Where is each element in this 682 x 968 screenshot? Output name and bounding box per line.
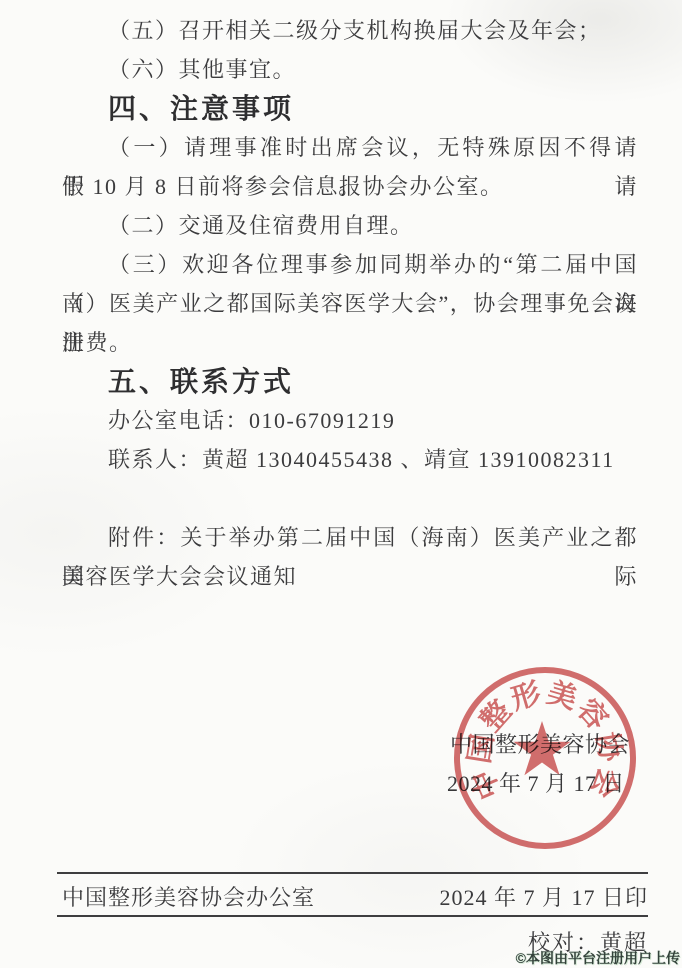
body-line: （六）其他事宜。 (62, 50, 638, 89)
document-page: （五）召开相关二级分支机构换届大会及年会； （六）其他事宜。 四、注意事项 （一… (0, 0, 682, 968)
body-line: （二）交通及住宿费用自理。 (62, 206, 638, 245)
document-body: （五）召开相关二级分支机构换届大会及年会； （六）其他事宜。 四、注意事项 （一… (62, 11, 638, 596)
signature-date: 2024 年 7 月 17 日 (447, 767, 625, 798)
signature-org: 中国整形美容协会 (450, 728, 630, 759)
contact-phone-line: 办公室电话：010-67091219 (62, 401, 638, 440)
attachment-line: 附件：关于举办第二届中国（海南）医美产业之都国际 (62, 518, 638, 557)
section-heading: 五、联系方式 (62, 362, 638, 401)
footer-print-date: 2024 年 7 月 17 日印 (439, 881, 648, 912)
body-line: （三）欢迎各位理事参加同期举办的“第二届中国（海 (62, 245, 638, 284)
section-heading: 四、注意事项 (62, 89, 638, 128)
footer-office: 中国整形美容协会办公室 (62, 881, 315, 912)
body-line: （五）召开相关二级分支机构换届大会及年会； (62, 11, 638, 50)
platform-watermark: ©本图由平台注册用户上传 (516, 948, 680, 968)
body-line: （一）请理事准时出席会议，无特殊原因不得请假。请 (62, 128, 638, 167)
footer-rule-bottom (57, 915, 648, 917)
blank-line (62, 479, 638, 518)
footer-rule-top (57, 872, 648, 874)
contact-person-line: 联系人：黄超 13040455438 、靖宣 13910082311 (62, 440, 638, 479)
footer-row: 中国整形美容协会办公室 2024 年 7 月 17 日印 (62, 878, 648, 914)
body-line: 南）医美产业之都国际美容医学大会”，协会理事免会议注 (62, 284, 638, 323)
body-line: 册费。 (62, 323, 638, 362)
